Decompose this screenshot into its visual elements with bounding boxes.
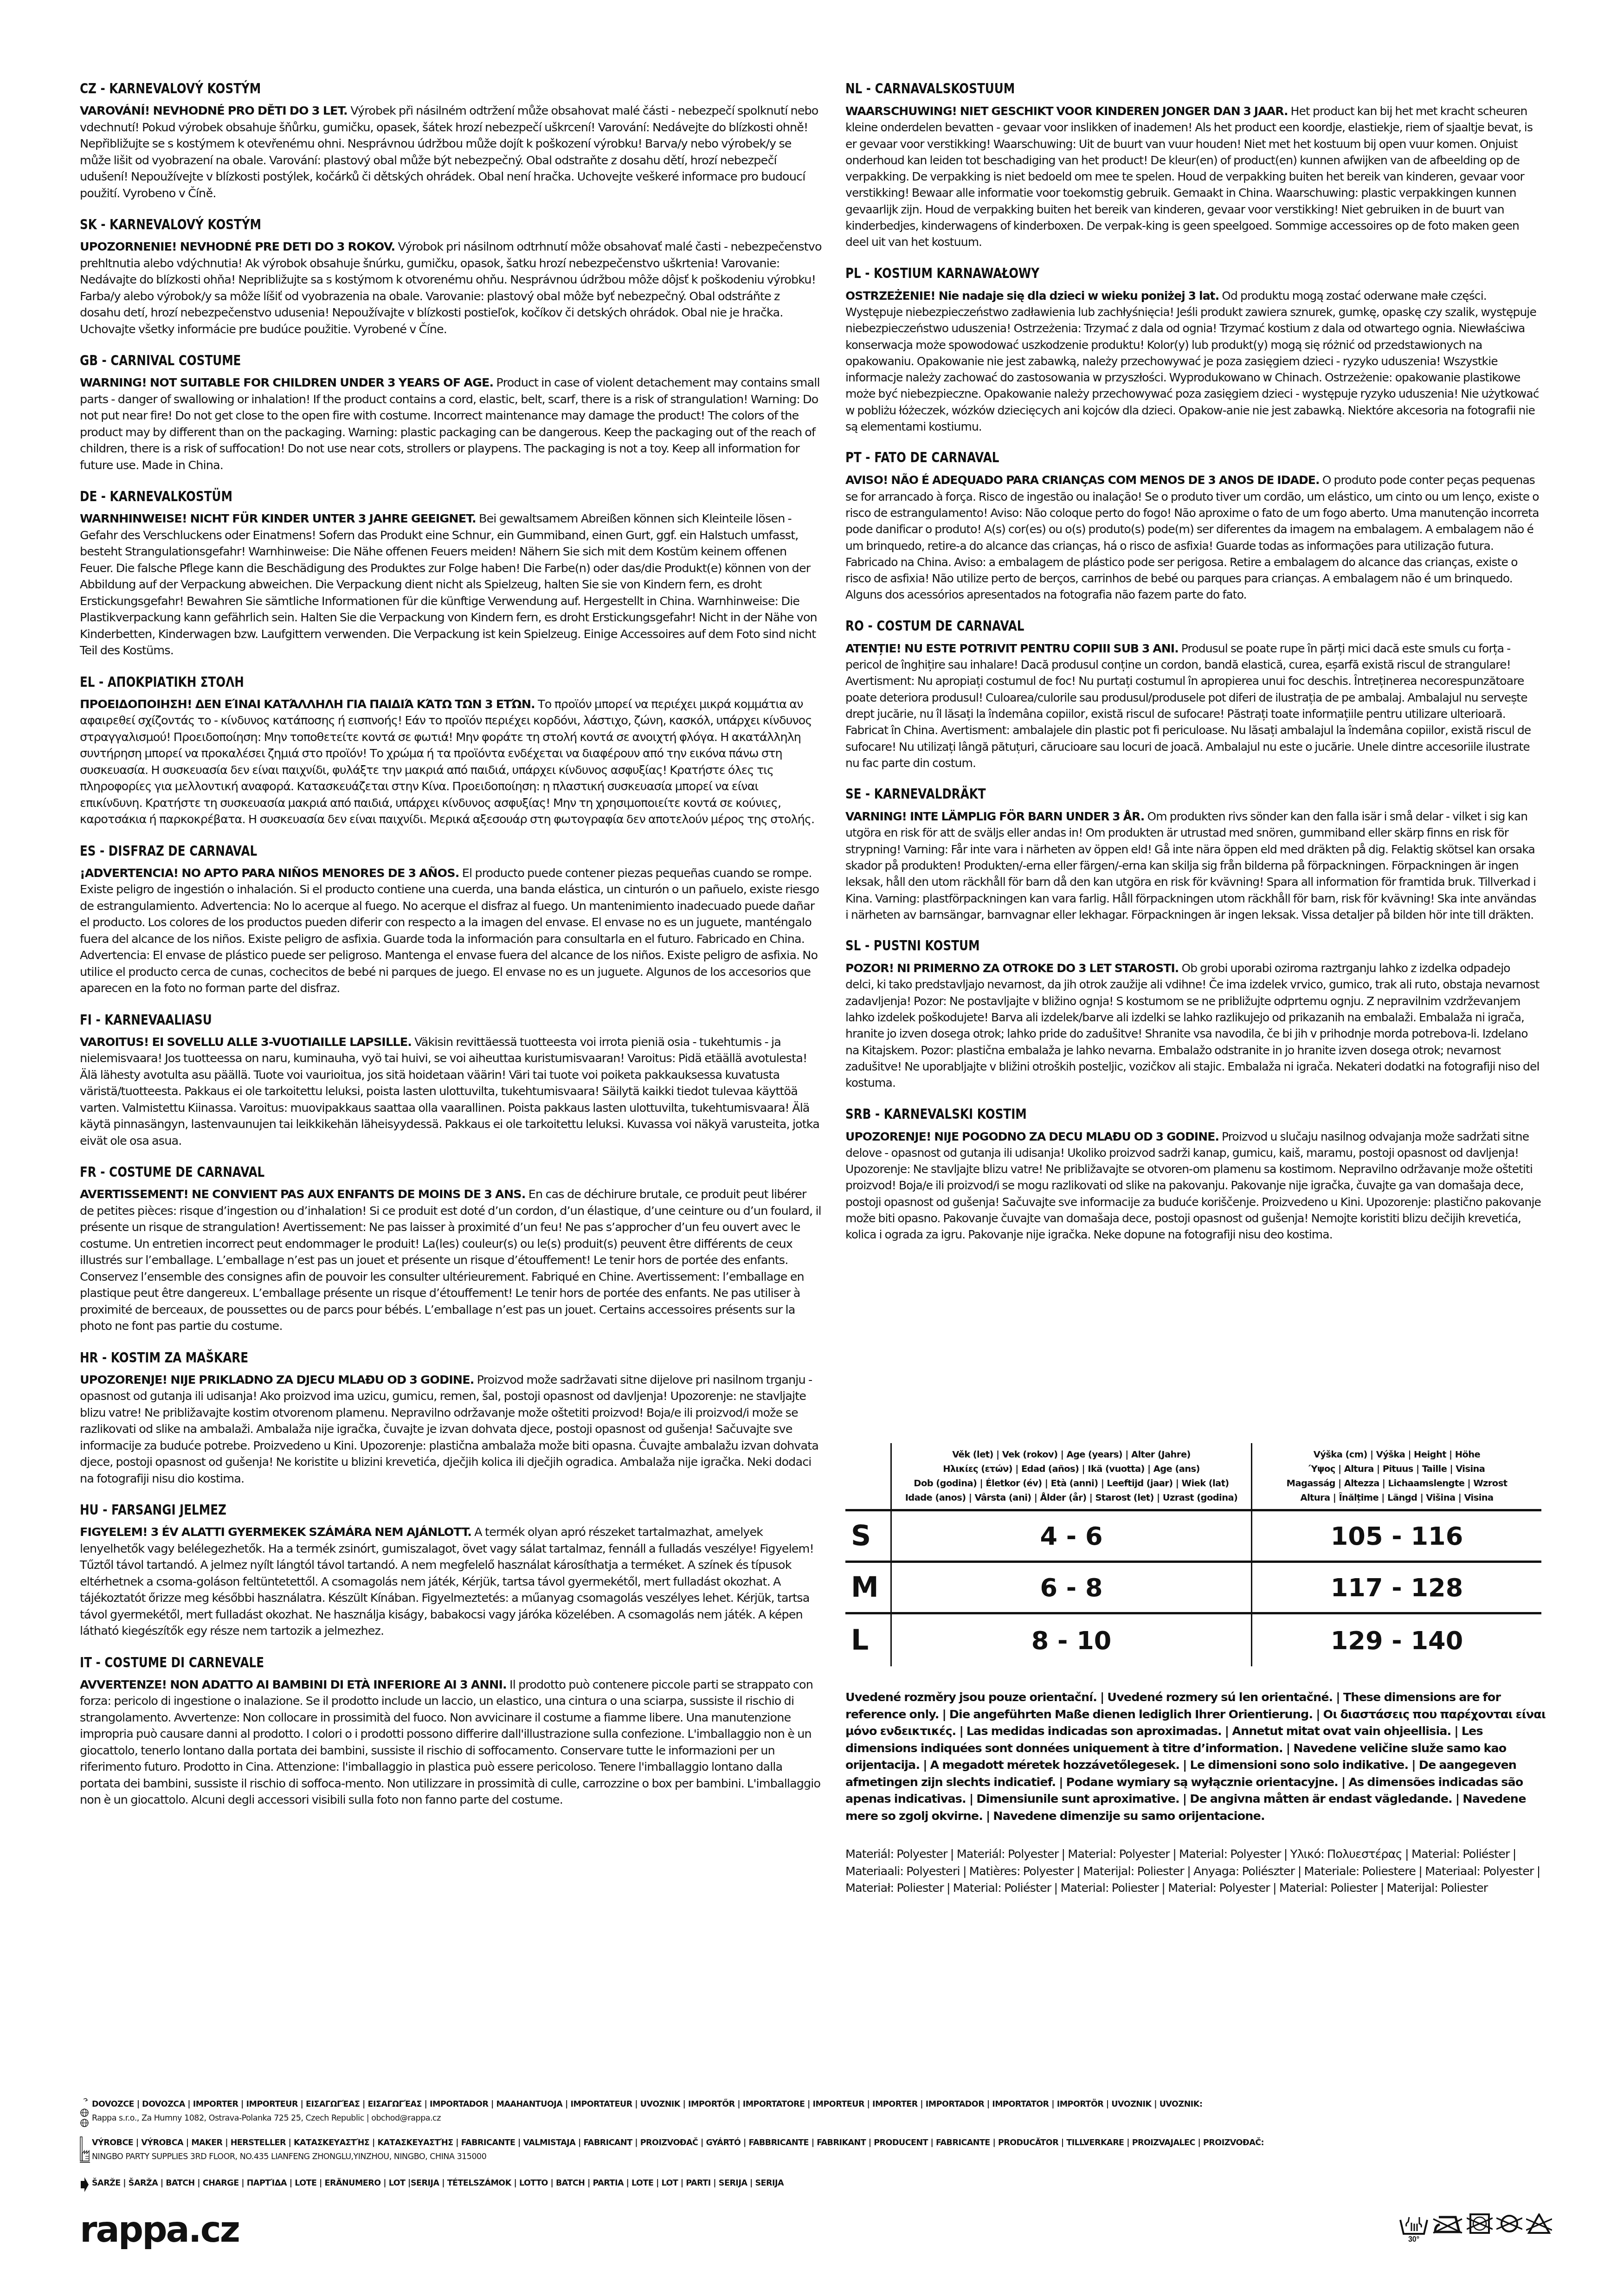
importer-label: DOVOZCE | DOVOZCA | IMPORTER | IMPORTEUR… [92, 2097, 1202, 2111]
section-fi: FI - KARNEVAALIASU VAROITUS! EI SOVELLU … [80, 1011, 822, 1150]
globe-import-icon [80, 2097, 89, 2132]
importer-address: Rappa s.r.o., Za Humny 1082, Ostrava-Pol… [92, 2111, 1202, 2125]
size-table-header: Věk (let) | Vek (rokov) | Age (years) | … [845, 1443, 1541, 1510]
section-gb: GB - CARNIVAL COSTUME WARNING! NOT SUITA… [80, 352, 822, 474]
section-se: SE - KARNEVALDRÄKT VARNING! INTE LÄMPLIG… [845, 785, 1541, 923]
section-title: HR - KOSTIM ZA MAŠKARE [80, 1349, 689, 1367]
warning-text: VARNING! INTE LÄMPLIG FÖR BARN UNDER 3 Å… [845, 810, 1144, 823]
section-body: WARNING! NOT SUITABLE FOR CHILDREN UNDER… [80, 375, 822, 474]
section-body: WARNHINWEISE! NICHT FÜR KINDER UNTER 3 J… [80, 511, 822, 659]
section-title: IT - COSTUME DI CARNEVALE [80, 1654, 689, 1672]
section-body: AVERTISSEMENT! NE CONVIENT PAS AUX ENFAN… [80, 1187, 822, 1335]
section-body: UPOZORENJE! NIJE PRIKLADNO ZA DJECU MLAĐ… [80, 1372, 822, 1488]
do-not-iron-icon [1432, 2213, 1463, 2234]
size-label: S [845, 1510, 891, 1562]
section-body: VAROITUS! EI SOVELLU ALLE 3-VUOTIAILLE L… [80, 1034, 822, 1150]
section-title: NL - CARNAVALSKOSTUUM [845, 80, 1416, 98]
height-range: 117 - 128 [1252, 1562, 1542, 1613]
height-header: Výška (cm) | Výška | Height | Höhe Ύψος … [1252, 1443, 1542, 1510]
section-body: VARNING! INTE LÄMPLIG FÖR BARN UNDER 3 Å… [845, 808, 1541, 923]
section-title: ES - DISFRAZ DE CARNAVAL [80, 842, 689, 861]
section-title: PT - FATO DE CARNAVAL [845, 449, 1416, 467]
section-ro: RO - COSTUM DE CARNAVAL ATENȚIE! NU ESTE… [845, 617, 1541, 771]
section-hr: HR - KOSTIM ZA MAŠKARE UPOZORENJE! NIJE … [80, 1349, 822, 1488]
warning-text: OSTRZEŻENIE! Nie nadaje się dla dzieci w… [845, 289, 1219, 303]
batch-info: ŠARŽE | ŠARŽA | BATCH | CHARGE | ΠΑΡΤΊΔΑ… [80, 2176, 784, 2190]
do-not-tumble-dry-icon [1467, 2213, 1493, 2234]
table-row: M 6 - 8 117 - 128 [845, 1562, 1541, 1613]
section-body: UPOZORENJE! NIJE POGODNO ZA DECU MLAĐU O… [845, 1129, 1541, 1243]
warning-text: UPOZORNENIE! NEVHODNÉ PRE DETI DO 3 ROKO… [80, 240, 395, 254]
table-row: S 4 - 6 105 - 116 [845, 1510, 1541, 1562]
warning-text: VAROVÁNÍ! NEVHODNÉ PRO DĚTI DO 3 LET. [80, 104, 348, 118]
age-range: 6 - 8 [891, 1562, 1252, 1613]
section-sl: SL - PUSTNI KOSTUM POZOR! NI PRIMERNO ZA… [845, 937, 1541, 1091]
section-nl: NL - CARNAVALSKOSTUUM WAARSCHUWING! NIET… [845, 80, 1541, 251]
section-pl: PL - KOSTIUM KARNAWAŁOWY OSTRZEŻENIE! Ni… [845, 264, 1541, 435]
section-es: ES - DISFRAZ DE CARNAVAL ¡ADVERTENCIA! N… [80, 842, 822, 997]
age-header: Věk (let) | Vek (rokov) | Age (years) | … [891, 1443, 1252, 1510]
section-title: PL - KOSTIUM KARNAWAŁOWY [845, 264, 1416, 283]
section-body: UPOZORNENIE! NEVHODNÉ PRE DETI DO 3 ROKO… [80, 239, 822, 338]
age-range: 4 - 6 [891, 1510, 1252, 1562]
section-body: AVISO! NÃO É ADEQUADO PARA CRIANÇAS COM … [845, 472, 1541, 603]
section-hu: HU - FARSANGI JELMEZ FIGYELEM! 3 ÉV ALAT… [80, 1501, 822, 1640]
section-title: EL - ΑΠΟΚΡΙΑΤΙΚΗ ΣΤΟΛΗ [80, 673, 689, 692]
arrow-right-icon [80, 2176, 89, 2195]
section-title: HU - FARSANGI JELMEZ [80, 1501, 689, 1520]
warning-text: POZOR! NI PRIMERNO ZA OTROKE DO 3 LET ST… [845, 961, 1179, 975]
maker-info: VÝROBCE | VÝROBCA | MAKER | HERSTELLER |… [80, 2136, 1264, 2164]
size-label: L [845, 1613, 891, 1667]
section-body: OSTRZEŻENIE! Nie nadaje się dla dzieci w… [845, 288, 1541, 435]
warning-text: FIGYELEM! 3 ÉV ALATTI GYERMEKEK SZÁMÁRA … [80, 1525, 471, 1539]
section-title: FR - COSTUME DE CARNAVAL [80, 1163, 689, 1182]
size-label: M [845, 1562, 891, 1613]
section-title: RO - COSTUM DE CARNAVAL [845, 617, 1416, 636]
warning-text: UPOZORENJE! NIJE PRIKLADNO ZA DJECU MLAĐ… [80, 1373, 474, 1387]
factory-icon [80, 2136, 90, 2166]
section-cz: CZ - KARNEVALOVÝ KOSTÝM VAROVÁNÍ! NEVHOD… [80, 80, 822, 202]
age-range: 8 - 10 [891, 1613, 1252, 1667]
warning-text: AVVERTENZE! NON ADATTO AI BAMBINI DI ETÀ… [80, 1678, 507, 1692]
wash-temperature: 30° [1399, 2236, 1429, 2244]
warning-text: WAARSCHUWING! NIET GESCHIKT VOOR KINDERE… [845, 104, 1288, 118]
section-title: SK - KARNEVALOVÝ KOSTÝM [80, 216, 689, 234]
section-body: ΠΡΟΕΙΔΟΠΟΙΗΣΗ! ΔΕΝ ΕΊΝΑΙ ΚΑΤΆΛΛΗΛΗ ΓΙΑ Π… [80, 697, 822, 828]
section-body: ATENȚIE! NU ESTE POTRIVIT PENTRU COPIII … [845, 640, 1541, 771]
brand-logo: rappa.cz [80, 2209, 239, 2250]
section-body: AVVERTENZE! NON ADATTO AI BAMBINI DI ETÀ… [80, 1677, 822, 1809]
do-not-bleach-icon [1526, 2213, 1552, 2234]
size-table: Věk (let) | Vek (rokov) | Age (years) | … [845, 1443, 1541, 1666]
warning-text: VAROITUS! EI SOVELLU ALLE 3-VUOTIAILLE L… [80, 1035, 412, 1049]
importer-info: DOVOZCE | DOVOZCA | IMPORTER | IMPORTEUR… [80, 2097, 1202, 2125]
table-row: L 8 - 10 129 - 140 [845, 1613, 1541, 1667]
section-title: SL - PUSTNI KOSTUM [845, 937, 1416, 955]
section-title: SRB - KARNEVALSKI KOSTIM [845, 1105, 1416, 1124]
hand-wash-30-icon: 30° [1399, 2213, 1429, 2244]
section-it: IT - COSTUME DI CARNEVALE AVVERTENZE! NO… [80, 1654, 822, 1809]
warning-text: ¡ADVERTENCIA! NO APTO PARA NIÑOS MENORES… [80, 866, 459, 880]
care-symbols: 30° [1399, 2213, 1552, 2244]
warning-text: ATENȚIE! NU ESTE POTRIVIT PENTRU COPIII … [845, 642, 1179, 655]
height-range: 105 - 116 [1252, 1510, 1542, 1562]
dimensions-disclaimer: Uvedené rozměry jsou pouze orientační. |… [845, 1689, 1546, 1825]
section-body: POZOR! NI PRIMERNO ZA OTROKE DO 3 LET ST… [845, 960, 1541, 1091]
do-not-dry-clean-icon [1496, 2213, 1522, 2234]
section-title: DE - KARNEVALKOSTÜM [80, 488, 689, 506]
section-title: GB - CARNIVAL COSTUME [80, 352, 689, 370]
warning-text: WARNHINWEISE! NICHT FÜR KINDER UNTER 3 J… [80, 512, 476, 526]
section-fr: FR - COSTUME DE CARNAVAL AVERTISSEMENT! … [80, 1163, 822, 1335]
section-title: FI - KARNEVAALIASU [80, 1011, 689, 1030]
warning-text: WARNING! NOT SUITABLE FOR CHILDREN UNDER… [80, 376, 493, 390]
section-title: CZ - KARNEVALOVÝ KOSTÝM [80, 80, 689, 98]
maker-address: NINGBO PARTY SUPPLIES 3RD FLOOR, NO.435 … [92, 2150, 1264, 2164]
size-header-blank [845, 1443, 891, 1510]
left-column: CZ - KARNEVALOVÝ KOSTÝM VAROVÁNÍ! NEVHOD… [80, 80, 822, 1823]
warning-text: AVERTISSEMENT! NE CONVIENT PAS AUX ENFAN… [80, 1187, 526, 1201]
section-sk: SK - KARNEVALOVÝ KOSTÝM UPOZORNENIE! NEV… [80, 216, 822, 338]
section-pt: PT - FATO DE CARNAVAL AVISO! NÃO É ADEQU… [845, 449, 1541, 603]
right-column: NL - CARNAVALSKOSTUUM WAARSCHUWING! NIET… [845, 80, 1541, 1257]
height-range: 129 - 140 [1252, 1613, 1542, 1667]
materials-list: Materiál: Polyester | Materiál: Polyeste… [845, 1846, 1546, 1897]
section-body: FIGYELEM! 3 ÉV ALATTI GYERMEKEK SZÁMÁRA … [80, 1524, 822, 1640]
maker-label: VÝROBCE | VÝROBCA | MAKER | HERSTELLER |… [92, 2136, 1264, 2150]
section-title: SE - KARNEVALDRÄKT [845, 785, 1416, 804]
section-srb: SRB - KARNEVALSKI KOSTIM UPOZORENJE! NIJ… [845, 1105, 1541, 1243]
warning-text: AVISO! NÃO É ADEQUADO PARA CRIANÇAS COM … [845, 473, 1320, 487]
warning-text: ΠΡΟΕΙΔΟΠΟΙΗΣΗ! ΔΕΝ ΕΊΝΑΙ ΚΑΤΆΛΛΗΛΗ ΓΙΑ Π… [80, 697, 535, 711]
section-body: WAARSCHUWING! NIET GESCHIKT VOOR KINDERE… [845, 103, 1541, 251]
section-body: VAROVÁNÍ! NEVHODNÉ PRO DĚTI DO 3 LET. Vý… [80, 103, 822, 202]
section-el: EL - ΑΠΟΚΡΙΑΤΙΚΗ ΣΤΟΛΗ ΠΡΟΕΙΔΟΠΟΙΗΣΗ! ΔΕ… [80, 673, 822, 828]
warning-text: UPOZORENJE! NIJE POGODNO ZA DECU MLAĐU O… [845, 1130, 1219, 1143]
batch-label: ŠARŽE | ŠARŽA | BATCH | CHARGE | ΠΑΡΤΊΔΑ… [92, 2176, 784, 2190]
section-de: DE - KARNEVALKOSTÜM WARNHINWEISE! NICHT … [80, 488, 822, 659]
section-body: ¡ADVERTENCIA! NO APTO PARA NIÑOS MENORES… [80, 865, 822, 997]
